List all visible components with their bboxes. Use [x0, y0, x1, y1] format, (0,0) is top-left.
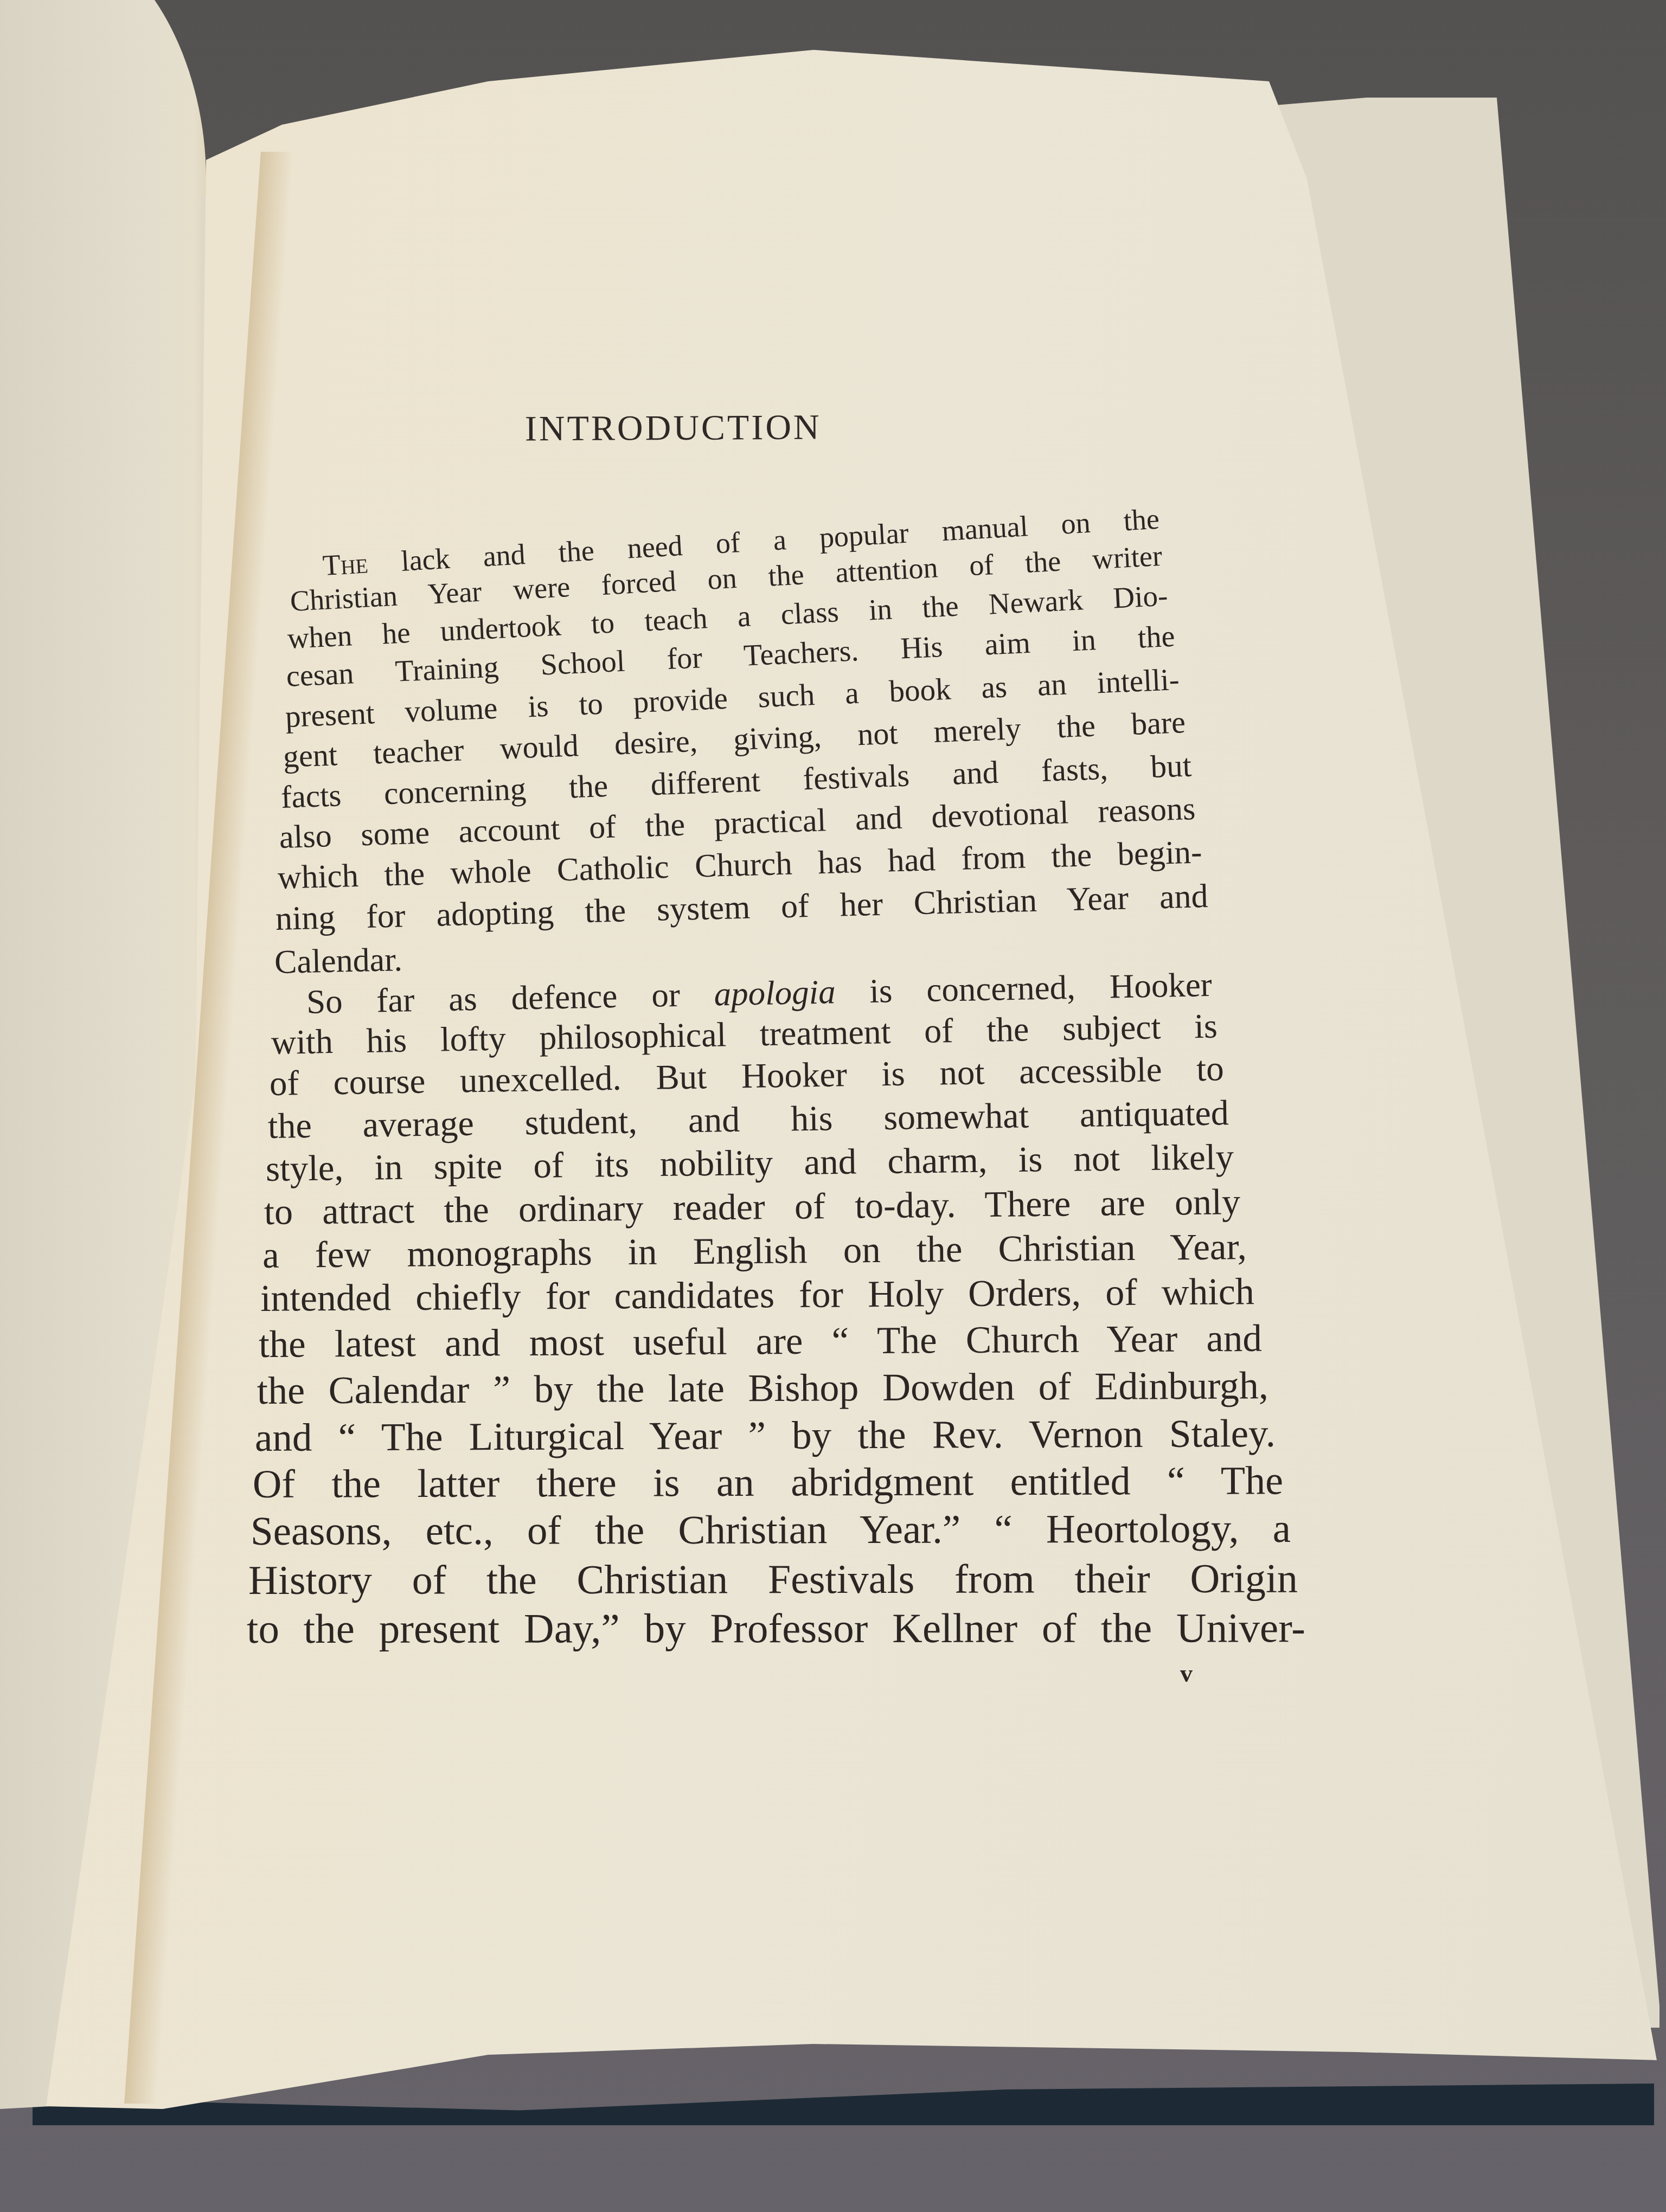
page-text: INTRODUCTION The lack and the need of a …	[0, 0, 1666, 2212]
text-line: Of the latter there is an abridgment ent…	[253, 1458, 1283, 1508]
italic-term: apologia	[714, 973, 836, 1013]
text-line: the latest and most useful are “ The Chu…	[259, 1317, 1262, 1367]
text-line: to the present Day,” by Professor Kellne…	[247, 1604, 1305, 1653]
text-line: intended chiefly for candidates for Holy…	[260, 1270, 1255, 1321]
text-line: Calendar.	[274, 941, 402, 982]
text-line: History of the Christian Festivals from …	[248, 1555, 1298, 1604]
page-number: v	[1180, 1659, 1193, 1688]
drop-lead-word: The	[322, 546, 369, 582]
line-text: So far as defence or	[306, 975, 714, 1021]
text-line: Seasons, etc., of the Christian Year.” “…	[251, 1506, 1291, 1555]
page-title: INTRODUCTION	[525, 407, 822, 450]
text-line: to attract the ordinary reader of to-day…	[264, 1180, 1241, 1233]
text-line: the Calendar ” by the late Bishop Dowden…	[257, 1363, 1268, 1413]
line-text: is concerned, Hooker	[835, 966, 1212, 1011]
text-line: and “ The Liturgical Year ” by the Rev. …	[255, 1411, 1276, 1461]
text-line: a few monographs in English on the Chris…	[262, 1225, 1247, 1277]
